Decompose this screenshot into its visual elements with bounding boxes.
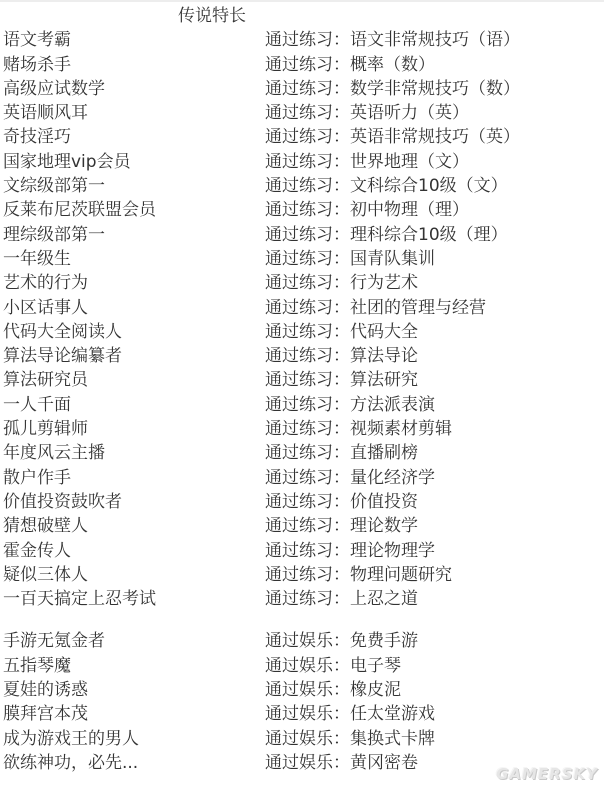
group-gap: [0, 611, 604, 629]
specialty-effect: 通过练习：英语听力（英）: [265, 101, 604, 125]
specialty-name: 欲练神功，必先...: [3, 751, 265, 775]
specialty-effect: 通过练习：概率（数）: [265, 53, 604, 77]
specialty-row: 艺术的行为通过练习：行为艺术: [0, 271, 604, 295]
specialty-effect: 通过练习：国青队集训: [265, 247, 604, 271]
specialty-effect: 通过练习：量化经济学: [265, 466, 604, 490]
specialty-effect: 通过练习：算法导论: [265, 344, 604, 368]
specialty-effect: 通过练习：数学非常规技巧（数）: [265, 77, 604, 101]
specialty-effect: 通过练习：行为艺术: [265, 271, 604, 295]
specialty-effect: 通过练习：社团的管理与经营: [265, 296, 604, 320]
specialty-name: 英语顺风耳: [3, 101, 265, 125]
specialty-effect: 通过练习：代码大全: [265, 320, 604, 344]
specialty-effect: 通过练习：文科综合10级（文）: [265, 174, 604, 198]
specialty-effect: 通过练习：英语非常规技巧（英）: [265, 125, 604, 149]
specialty-row: 手游无氪金者通过娱乐：免费手游: [0, 629, 604, 653]
specialty-row: 语文考霸通过练习：语文非常规技巧（语）: [0, 28, 604, 52]
specialty-name: 价值投资鼓吹者: [3, 490, 265, 514]
specialty-name: 猜想破壁人: [3, 514, 265, 538]
specialty-row: 疑似三体人通过练习：物理问题研究: [0, 563, 604, 587]
specialty-name: 国家地理vip会员: [3, 150, 265, 174]
specialty-name: 理综级部第一: [3, 223, 265, 247]
specialty-effect: 通过练习：初中物理（理）: [265, 198, 604, 222]
specialty-effect: 通过练习：算法研究: [265, 368, 604, 392]
specialty-effect: 通过娱乐：免费手游: [265, 629, 604, 653]
specialty-row: 反莱布尼茨联盟会员通过练习：初中物理（理）: [0, 198, 604, 222]
specialty-effect: 通过娱乐：橡皮泥: [265, 678, 604, 702]
specialty-row: 价值投资鼓吹者通过练习：价值投资: [0, 490, 604, 514]
specialty-row: 猜想破壁人通过练习：理论数学: [0, 514, 604, 538]
specialty-effect: 通过练习：世界地理（文）: [265, 150, 604, 174]
specialty-name: 反莱布尼茨联盟会员: [3, 198, 265, 222]
specialty-name: 五指琴魔: [3, 654, 265, 678]
specialty-name: 代码大全阅读人: [3, 320, 265, 344]
specialty-row: 高级应试数学通过练习：数学非常规技巧（数）: [0, 77, 604, 101]
specialty-name: 成为游戏王的男人: [3, 727, 265, 751]
specialty-row: 算法研究员通过练习：算法研究: [0, 368, 604, 392]
specialty-row: 算法导论编纂者通过练习：算法导论: [0, 344, 604, 368]
specialty-name: 一百天搞定上忍考试: [3, 587, 265, 611]
specialty-name: 夏娃的诱惑: [3, 678, 265, 702]
specialty-name: 语文考霸: [3, 28, 265, 52]
specialty-name: 艺术的行为: [3, 271, 265, 295]
specialty-row: 一人千面通过练习：方法派表演: [0, 393, 604, 417]
specialty-name: 膜拜宫本茂: [3, 702, 265, 726]
specialty-effect: 通过练习：理论数学: [265, 514, 604, 538]
specialty-name: 一人千面: [3, 393, 265, 417]
specialty-list: 传说特长 语文考霸通过练习：语文非常规技巧（语）赌场杀手通过练习：概率（数）高级…: [0, 4, 604, 775]
specialty-row: 小区话事人通过练习：社团的管理与经营: [0, 296, 604, 320]
specialty-row: 一年级生通过练习：国青队集训: [0, 247, 604, 271]
top-divider-line: [0, 0, 604, 2]
specialty-name: 年度风云主播: [3, 441, 265, 465]
gamersky-watermark-logo: GAMERSKY: [496, 765, 598, 783]
specialty-row: 年度风云主播通过练习：直播刷榜: [0, 441, 604, 465]
specialty-effect: 通过练习：上忍之道: [265, 587, 604, 611]
specialty-effect: 通过练习：物理问题研究: [265, 563, 604, 587]
specialty-effect: 通过练习：方法派表演: [265, 393, 604, 417]
specialty-name: 高级应试数学: [3, 77, 265, 101]
specialty-name: 算法研究员: [3, 368, 265, 392]
specialty-name: 文综级部第一: [3, 174, 265, 198]
specialty-name: 疑似三体人: [3, 563, 265, 587]
specialty-row: 一百天搞定上忍考试通过练习：上忍之道: [0, 587, 604, 611]
specialty-row: 理综级部第一通过练习：理科综合10级（理）: [0, 223, 604, 247]
specialty-row: 代码大全阅读人通过练习：代码大全: [0, 320, 604, 344]
specialty-row: 奇技淫巧通过练习：英语非常规技巧（英）: [0, 125, 604, 149]
specialty-name: 一年级生: [3, 247, 265, 271]
specialty-effect: 通过练习：理论物理学: [265, 539, 604, 563]
specialty-effect: 通过娱乐：集换式卡牌: [265, 727, 604, 751]
specialty-row: 膜拜宫本茂通过娱乐：任太堂游戏: [0, 702, 604, 726]
specialty-name: 手游无氪金者: [3, 629, 265, 653]
specialty-row: 孤儿剪辑师通过练习：视频素材剪辑: [0, 417, 604, 441]
specialty-row: 五指琴魔通过娱乐：电子琴: [0, 654, 604, 678]
specialty-effect: 通过娱乐：任太堂游戏: [265, 702, 604, 726]
specialty-row: 成为游戏王的男人通过娱乐：集换式卡牌: [0, 727, 604, 751]
specialty-row: 夏娃的诱惑通过娱乐：橡皮泥: [0, 678, 604, 702]
specialty-effect: 通过练习：理科综合10级（理）: [265, 223, 604, 247]
specialty-effect: 通过练习：直播刷榜: [265, 441, 604, 465]
specialty-group-practice: 语文考霸通过练习：语文非常规技巧（语）赌场杀手通过练习：概率（数）高级应试数学通…: [0, 28, 604, 611]
specialty-effect: 通过练习：语文非常规技巧（语）: [265, 28, 604, 52]
specialty-name: 小区话事人: [3, 296, 265, 320]
specialty-row: 文综级部第一通过练习：文科综合10级（文）: [0, 174, 604, 198]
specialty-name: 赌场杀手: [3, 53, 265, 77]
specialty-row: 英语顺风耳通过练习：英语听力（英）: [0, 101, 604, 125]
specialty-name: 算法导论编纂者: [3, 344, 265, 368]
specialty-name: 奇技淫巧: [3, 125, 265, 149]
specialty-row: 散户作手通过练习：量化经济学: [0, 466, 604, 490]
specialty-effect: 通过娱乐：电子琴: [265, 654, 604, 678]
specialty-row: 赌场杀手通过练习：概率（数）: [0, 53, 604, 77]
specialty-effect: 通过练习：视频素材剪辑: [265, 417, 604, 441]
specialty-effect: 通过练习：价值投资: [265, 490, 604, 514]
specialty-name: 霍金传人: [3, 539, 265, 563]
specialty-name: 孤儿剪辑师: [3, 417, 265, 441]
specialty-name: 散户作手: [3, 466, 265, 490]
specialty-row: 霍金传人通过练习：理论物理学: [0, 539, 604, 563]
page-title: 传说特长: [178, 4, 604, 28]
specialty-group-entertainment: 手游无氪金者通过娱乐：免费手游五指琴魔通过娱乐：电子琴夏娃的诱惑通过娱乐：橡皮泥…: [0, 629, 604, 775]
specialty-row: 国家地理vip会员通过练习：世界地理（文）: [0, 150, 604, 174]
